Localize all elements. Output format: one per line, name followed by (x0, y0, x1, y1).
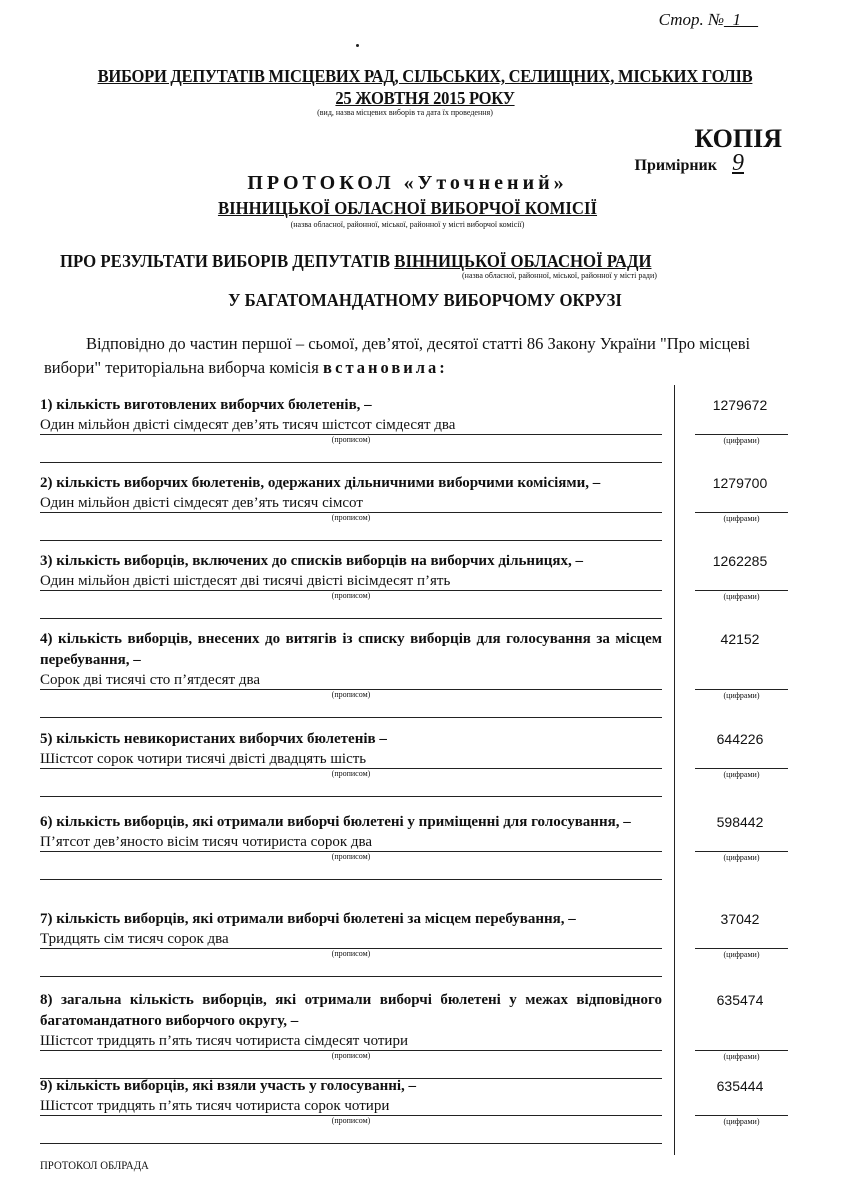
intro-paragraph: Відповідно до частин першої – сьомої, де… (44, 332, 804, 380)
item-value-digits: 1279672 (690, 397, 790, 413)
digits-underline (695, 689, 788, 690)
words-caption: (прописом) (40, 591, 662, 600)
item-value-digits: 635474 (690, 992, 790, 1008)
protocol-title: ПРОТОКОЛ «Уточнений» (0, 172, 815, 195)
words-caption: (прописом) (40, 435, 662, 444)
result-item: 9) кількість виборців, які взяли участь … (40, 1076, 662, 1144)
result-item: 6) кількість виборців, які отримали вибо… (40, 812, 662, 880)
item-label: 6) кількість виборців, які отримали вибо… (40, 812, 662, 833)
election-date: 25 ЖОВТНЯ 2015 РОКУ (34, 88, 816, 109)
digits-caption: (цифрами) (695, 770, 788, 779)
item-value-words: Тридцять сім тисяч сорок два (40, 930, 662, 949)
column-divider (674, 385, 675, 1155)
digits-underline (695, 1115, 788, 1116)
words-caption: (прописом) (40, 769, 662, 778)
digits-underline (695, 590, 788, 591)
item-label: 1) кількість виготовлених виборчих бюлет… (40, 395, 662, 416)
election-caption: (вид, назва місцевих виборів та дата їх … (0, 108, 810, 117)
digits-underline (695, 434, 788, 435)
digits-caption: (цифрами) (695, 691, 788, 700)
item-value-digits: 635444 (690, 1078, 790, 1094)
digits-caption: (цифрами) (695, 1052, 788, 1061)
item-separator (40, 540, 662, 541)
item-label: 2) кількість виборчих бюлетенів, одержан… (40, 473, 662, 494)
result-item: 1) кількість виготовлених виборчих бюлет… (40, 395, 662, 463)
item-value-words: П’ятсот дев’яносто вісім тисяч чотириста… (40, 833, 662, 852)
item-value-digits: 1262285 (690, 553, 790, 569)
item-value-digits: 644226 (690, 731, 790, 747)
digits-underline (695, 768, 788, 769)
words-caption: (прописом) (40, 1116, 662, 1125)
item-separator (40, 1143, 662, 1144)
result-item: 8) загальна кількість виборців, які отри… (40, 990, 662, 1079)
digits-caption: (цифрами) (695, 950, 788, 959)
digits-underline (695, 1050, 788, 1051)
words-caption: (прописом) (40, 852, 662, 861)
item-separator (40, 462, 662, 463)
results-heading: ПРО РЕЗУЛЬТАТИ ВИБОРІВ ДЕПУТАТІВ ВІННИЦЬ… (60, 251, 651, 272)
footer-text: ПРОТОКОЛ ОБЛРАДА (40, 1158, 149, 1173)
council-caption: (назва обласної, районної, міської, райо… (462, 271, 657, 280)
item-value-words: Один мільйон двісті сімдесят дев’ять тис… (40, 416, 662, 435)
digits-underline (695, 851, 788, 852)
item-label: 4) кількість виборців, внесених до витяг… (40, 629, 662, 671)
commission-caption: (назва обласної, районної, міської, райо… (0, 220, 815, 229)
item-label: 9) кількість виборців, які взяли участь … (40, 1076, 662, 1097)
item-value-digits: 1279700 (690, 475, 790, 491)
item-value-digits: 598442 (690, 814, 790, 830)
item-value-digits: 42152 (690, 631, 790, 647)
digits-caption: (цифрами) (695, 1117, 788, 1126)
election-title: ВИБОРИ ДЕПУТАТІВ МІСЦЕВИХ РАД, СІЛЬСЬКИХ… (34, 66, 816, 87)
item-separator (40, 796, 662, 797)
results-heading-prefix: ПРО РЕЗУЛЬТАТИ ВИБОРІВ ДЕПУТАТІВ (60, 251, 390, 271)
digits-caption: (цифрами) (695, 592, 788, 601)
item-value-words: Шістсот тридцять п’ять тисяч чотириста с… (40, 1032, 662, 1051)
page-number: Стор. №_1__ (659, 10, 758, 30)
item-separator (40, 976, 662, 977)
result-item: 7) кількість виборців, які отримали вибо… (40, 909, 662, 977)
page-number-value: _1__ (724, 10, 758, 29)
words-caption: (прописом) (40, 949, 662, 958)
scan-speck (356, 44, 359, 47)
digits-caption: (цифрами) (695, 514, 788, 523)
item-separator (40, 879, 662, 880)
result-item: 5) кількість невикористаних виборчих бюл… (40, 729, 662, 797)
result-item: 3) кількість виборців, включених до спис… (40, 551, 662, 619)
item-label: 8) загальна кількість виборців, які отри… (40, 990, 662, 1032)
words-caption: (прописом) (40, 690, 662, 699)
intro-emphasis: встановила: (323, 358, 448, 377)
item-value-words: Шістсот тридцять п’ять тисяч чотириста с… (40, 1097, 662, 1116)
item-label: 3) кількість виборців, включених до спис… (40, 551, 662, 572)
digits-caption: (цифрами) (695, 436, 788, 445)
item-value-words: Сорок дві тисячі сто п’ятдесят два (40, 671, 662, 690)
item-value-digits: 37042 (690, 911, 790, 927)
digits-underline (695, 512, 788, 513)
item-label: 7) кількість виборців, які отримали вибо… (40, 909, 662, 930)
commission-name: ВІННИЦЬКОЇ ОБЛАСНОЇ ВИБОРЧОЇ КОМІСІЇ (29, 198, 787, 219)
result-item: 2) кількість виборчих бюлетенів, одержан… (40, 473, 662, 541)
words-caption: (прописом) (40, 1051, 662, 1060)
item-value-words: Один мільйон двісті сімдесят дев’ять тис… (40, 494, 662, 513)
digits-caption: (цифрами) (695, 853, 788, 862)
item-separator (40, 717, 662, 718)
item-separator (40, 618, 662, 619)
result-item: 4) кількість виборців, внесених до витяг… (40, 629, 662, 718)
council-name: ВІННИЦЬКОЇ ОБЛАСНОЇ РАДИ (394, 251, 651, 271)
item-value-words: Один мільйон двісті шістдесят дві тисячі… (40, 572, 662, 591)
item-label: 5) кількість невикористаних виборчих бюл… (40, 729, 662, 750)
words-caption: (прописом) (40, 513, 662, 522)
item-value-words: Шістсот сорок чотири тисячі двісті двадц… (40, 750, 662, 769)
digits-underline (695, 948, 788, 949)
district-heading: У БАГАТОМАНДАТНОМУ ВИБОРЧОМУ ОКРУЗІ (30, 290, 821, 311)
page-number-label: Стор. № (659, 10, 724, 29)
